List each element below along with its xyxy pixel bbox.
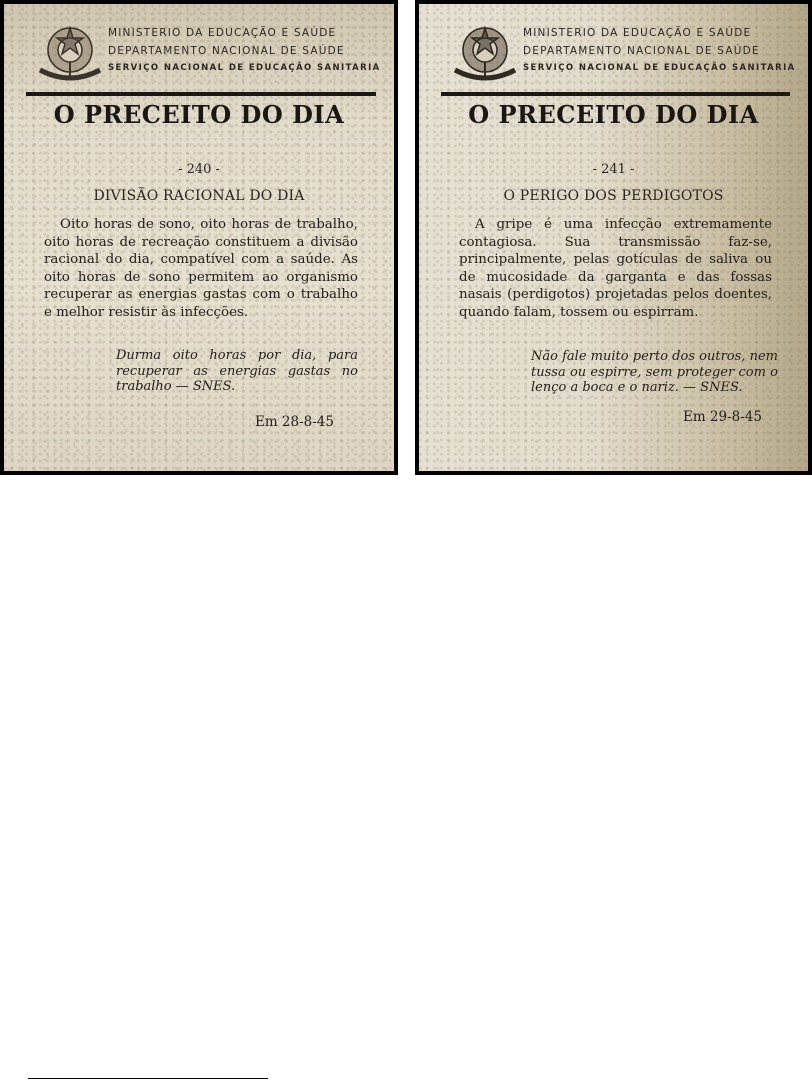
clipping-title: O PRECEITO DO DIA xyxy=(419,100,808,129)
precept-body: Oito horas de sono, oito horas de trabal… xyxy=(44,216,358,321)
precept-number: - 241 - xyxy=(419,162,808,177)
clipping-241: MINISTERIO DA EDUCAÇÃO E SAÚDE DEPARTAME… xyxy=(415,0,812,475)
footnote-rule xyxy=(28,1078,268,1079)
precept-subject: DIVISÃO RACIONAL DO DIA xyxy=(4,188,394,204)
precept-body-text: Oito horas de sono, oito horas de trabal… xyxy=(44,216,358,321)
ministry-name: MINISTERIO DA EDUCAÇÃO E SAÚDE xyxy=(523,24,794,42)
department-name: DEPARTAMENTO NACIONAL DE SAÚDE xyxy=(523,42,794,60)
precept-advice: Não fale muito perto dos outros, nem tus… xyxy=(531,349,778,396)
service-name: SERVIÇO NACIONAL DE EDUCAÇÃO SANITARIA xyxy=(523,60,794,76)
header-rule xyxy=(441,92,790,96)
coat-of-arms-icon xyxy=(449,20,521,90)
clipping-header: MINISTERIO DA EDUCAÇÃO E SAÚDE DEPARTAME… xyxy=(449,18,794,92)
clipping-header: MINISTERIO DA EDUCAÇÃO E SAÚDE DEPARTAME… xyxy=(34,18,380,92)
coat-of-arms-icon xyxy=(34,20,106,90)
clipping-240: MINISTERIO DA EDUCAÇÃO E SAÚDE DEPARTAME… xyxy=(0,0,398,475)
precept-advice: Durma oito horas por dia, para recuperar… xyxy=(116,348,358,395)
ministry-name: MINISTERIO DA EDUCAÇÃO E SAÚDE xyxy=(108,24,380,42)
precept-date: Em 28-8-45 xyxy=(4,414,334,430)
header-rule xyxy=(26,92,376,96)
clipping-title: O PRECEITO DO DIA xyxy=(4,100,394,129)
precept-number: - 240 - xyxy=(4,162,394,177)
precept-body-text: A gripe é uma infecção extremamente cont… xyxy=(459,216,772,321)
precept-date: Em 29-8-45 xyxy=(419,409,762,425)
service-name: SERVIÇO NACIONAL DE EDUCAÇÃO SANITARIA xyxy=(108,60,380,76)
precept-subject: O PERIGO DOS PERDIGOTOS xyxy=(419,188,808,204)
precept-body: A gripe é uma infecção extremamente cont… xyxy=(459,216,772,321)
department-name: DEPARTAMENTO NACIONAL DE SAÚDE xyxy=(108,42,380,60)
